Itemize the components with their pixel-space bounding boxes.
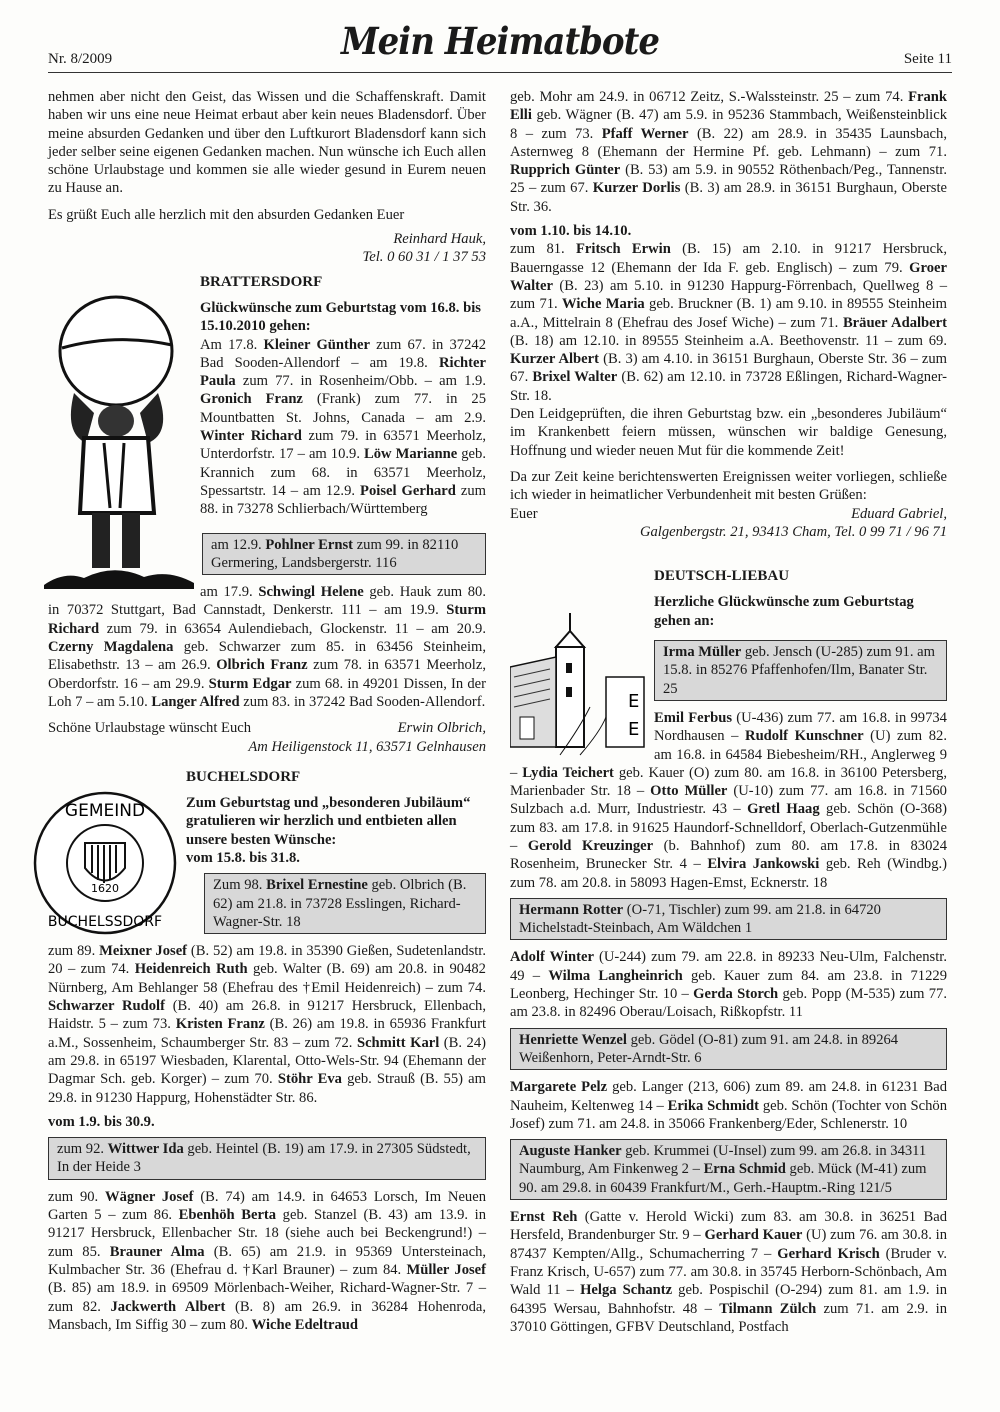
- signature-tel: Tel. 0 60 31 / 1 37 53: [48, 248, 486, 266]
- seal-icon: 1620 GEMEIND BUCHELSSDORF: [30, 788, 180, 938]
- highlight-box: Henriette Wenzel geb. Gödel (O-81) zum 9…: [510, 1028, 947, 1071]
- intro-paragraph: nehmen aber nicht den Geist, das Wissen …: [48, 88, 486, 198]
- section-title: BRATTERSDORF: [48, 273, 486, 291]
- atlas-icon: [44, 293, 194, 593]
- birthday-list: am 17.9. Schwingl Helene geb. Hauk zum 8…: [48, 583, 486, 711]
- closing-text: Da zur Zeit keine berichtenswerten Ereig…: [510, 468, 947, 505]
- svg-text:1620: 1620: [91, 882, 119, 895]
- birthday-list: zum 90. Wägner Josef (B. 74) am 14.9. in…: [48, 1188, 486, 1334]
- section-deutsch-liebau: E E DEUTSCH-LIEBAU Herzliche Glückwünsch…: [510, 567, 947, 1336]
- section-brattersdorf: BRATTERSDORF Glückwünsche zum Geburtstag…: [48, 273, 486, 756]
- signature-address: Galgenbergstr. 21, 93413 Cham, Tel. 0 99…: [510, 523, 947, 541]
- birthday-list: Margarete Pelz geb. Langer (213, 606) zu…: [510, 1078, 947, 1133]
- svg-text:E: E: [628, 691, 639, 712]
- birthday-list: zum 89. Meixner Josef (B. 52) am 19.8. i…: [48, 942, 486, 1107]
- highlight-box: Zum 98. Brixel Ernestine geb. Olbrich (B…: [204, 873, 486, 934]
- svg-text:BUCHELSSDORF: BUCHELSSDORF: [48, 914, 162, 930]
- birthday-list: Ernst Reh (Gatte v. Herold Wicki) zum 83…: [510, 1208, 947, 1336]
- sick-wishes: Den Leidgeprüften, die ihren Geburtstag …: [510, 405, 947, 460]
- signature-address: Am Heiligenstock 11, 63571 Gelnhausen: [48, 738, 486, 756]
- section-buchelsdorf: 1620 GEMEIND BUCHELSSDORF BUCHELSDORF Zu…: [48, 768, 486, 1334]
- section-title: DEUTSCH-LIEBAU: [510, 567, 947, 585]
- masthead-logo: Mein Heimatbote: [341, 20, 659, 64]
- highlight-box: Irma Müller geb. Jensch (U-285) zum 91. …: [654, 640, 947, 701]
- signature-name: Reinhard Hauk,: [48, 230, 486, 248]
- signature: Schöne Urlaubstage wünscht Euch Erwin Ol…: [48, 719, 486, 737]
- svg-text:E: E: [628, 719, 639, 740]
- issue-number: Nr. 8/2009: [48, 51, 112, 68]
- highlight-box: am 12.9. Pohlner Ernst zum 99. in 82110 …: [202, 533, 486, 576]
- highlight-box: zum 92. Wittwer Ida geb. Heintel (B. 19)…: [48, 1137, 486, 1180]
- church-icon: E E: [510, 607, 648, 757]
- highlight-box: Hermann Rotter (O-71, Tischler) zum 99. …: [510, 898, 947, 941]
- birthday-list: zum 81. Fritsch Erwin (B. 15) am 2.10. i…: [510, 240, 947, 405]
- birthday-list: Adolf Winter (U-244) zum 79. am 22.8. in…: [510, 948, 947, 1021]
- right-column: geb. Mohr am 24.9. in 06712 Zeitz, S.-Wa…: [510, 88, 947, 1336]
- date-range: vom 1.10. bis 14.10.: [510, 222, 947, 240]
- greeting: Es grüßt Euch alle herzlich mit den absu…: [48, 206, 486, 224]
- atlas-statue-illustration: [44, 293, 194, 593]
- svg-text:GEMEIND: GEMEIND: [65, 801, 145, 821]
- church-illustration: E E: [510, 607, 648, 757]
- birthday-list: geb. Mohr am 24.9. in 06712 Zeitz, S.-Wa…: [510, 88, 947, 216]
- municipal-seal: 1620 GEMEIND BUCHELSSDORF: [30, 788, 180, 938]
- left-column: nehmen aber nicht den Geist, das Wissen …: [48, 88, 486, 1334]
- page-number: Seite 11: [904, 51, 952, 68]
- section-title: BUCHELSDORF: [48, 768, 486, 786]
- page-header: Nr. 8/2009 Mein Heimatbote Seite 11: [48, 22, 952, 73]
- signature: Euer Eduard Gabriel,: [510, 505, 947, 523]
- date-range: vom 1.9. bis 30.9.: [48, 1113, 486, 1131]
- highlight-box: Auguste Hanker geb. Krummei (U-Insel) zu…: [510, 1139, 947, 1200]
